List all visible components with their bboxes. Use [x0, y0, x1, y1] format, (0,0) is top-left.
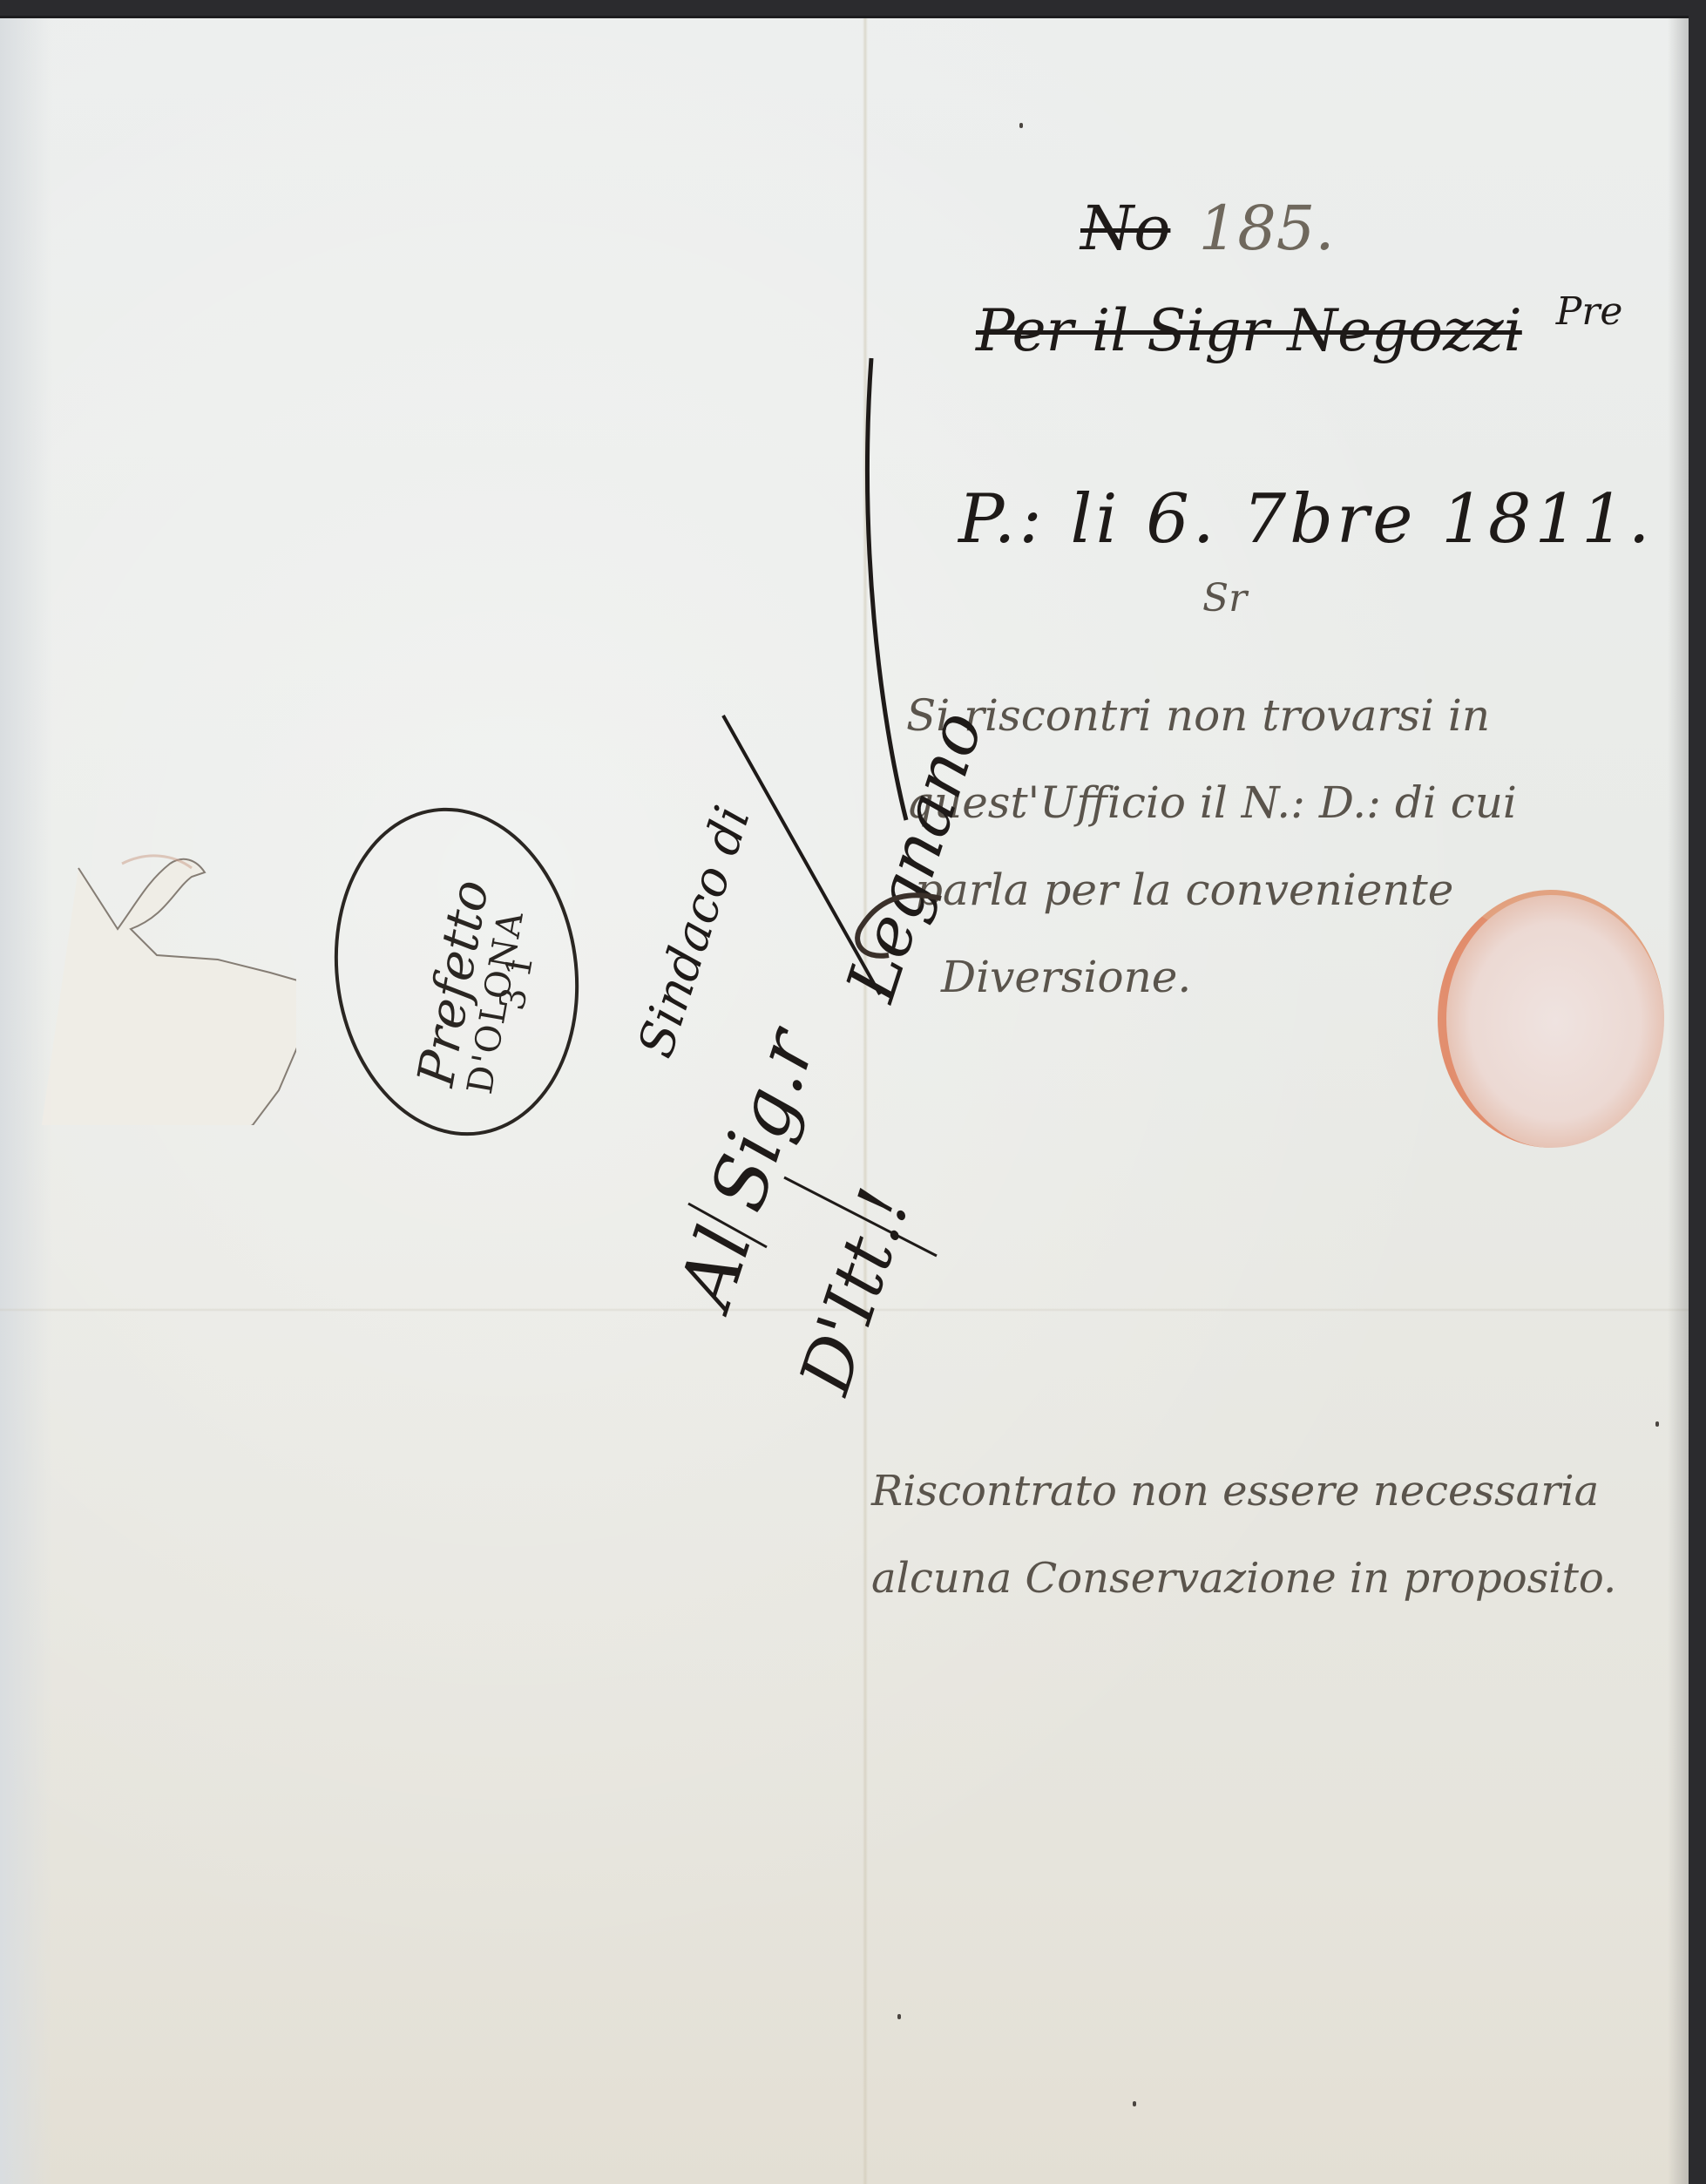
paper-speck — [1655, 1421, 1659, 1427]
letter-sheet: No 185. Per il Sigr Negozzi Pre P.: li 6… — [0, 16, 1689, 2184]
stamp-line3: 3 1 — [492, 952, 541, 1014]
wax-seal-remnant — [1438, 890, 1664, 1148]
pen-flourishes — [0, 18, 1689, 2184]
paper-speck — [1019, 123, 1023, 128]
paper-speck — [897, 2014, 901, 2019]
paper-speck — [1133, 2101, 1136, 2106]
